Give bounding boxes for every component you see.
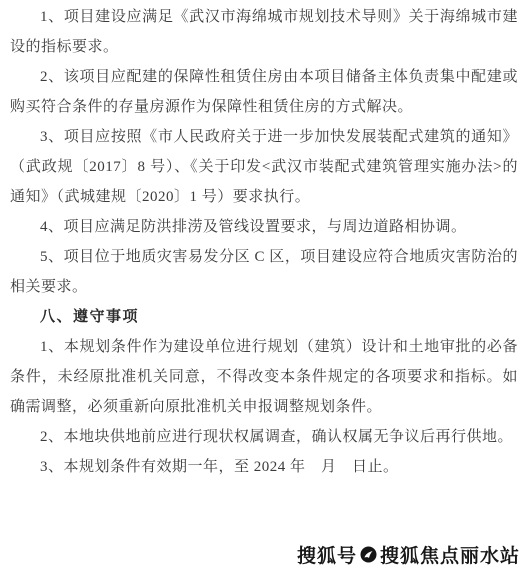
watermark-account-label: 搜狐焦点丽水站 — [380, 541, 520, 568]
document-page: 1、项目建设应满足《武汉市海绵城市规划技术导则》关于海绵城市建设的指标要求。 2… — [0, 0, 528, 482]
clause-land-ownership-survey: 2、本地块供地前应进行现状权属调查，确认权属无争议后再行供地。 — [10, 422, 518, 452]
watermark-platform-label: 搜狐号 — [297, 541, 357, 568]
sohu-logo-icon — [360, 546, 377, 563]
watermark: 搜狐号 搜狐焦点丽水站 — [297, 541, 520, 568]
clause-validity-period: 3、本规划条件有效期一年，至 2024 年 月 日止。 — [10, 452, 518, 482]
clause-sponge-city: 1、项目建设应满足《武汉市海绵城市规划技术导则》关于海绵城市建设的指标要求。 — [10, 2, 518, 62]
clause-flood-drainage: 4、项目应满足防洪排涝及管线设置要求，与周边道路相协调。 — [10, 212, 518, 242]
clause-geological-hazard: 5、项目位于地质灾害易发分区 C 区，项目建设应符合地质灾害防治的相关要求。 — [10, 242, 518, 302]
clause-affordable-housing: 2、该项目应配建的保障性租赁住房由本项目储备主体负责集中配建或购买符合条件的存量… — [10, 62, 518, 122]
clause-approval-condition: 1、本规划条件作为建设单位进行规划（建筑）设计和土地审批的必备条件，未经原批准机… — [10, 332, 518, 422]
clause-prefab-building: 3、项目应按照《市人民政府关于进一步加快发展装配式建筑的通知》（武政规〔2017… — [10, 122, 518, 212]
section-heading-compliance: 八、遵守事项 — [10, 302, 518, 332]
